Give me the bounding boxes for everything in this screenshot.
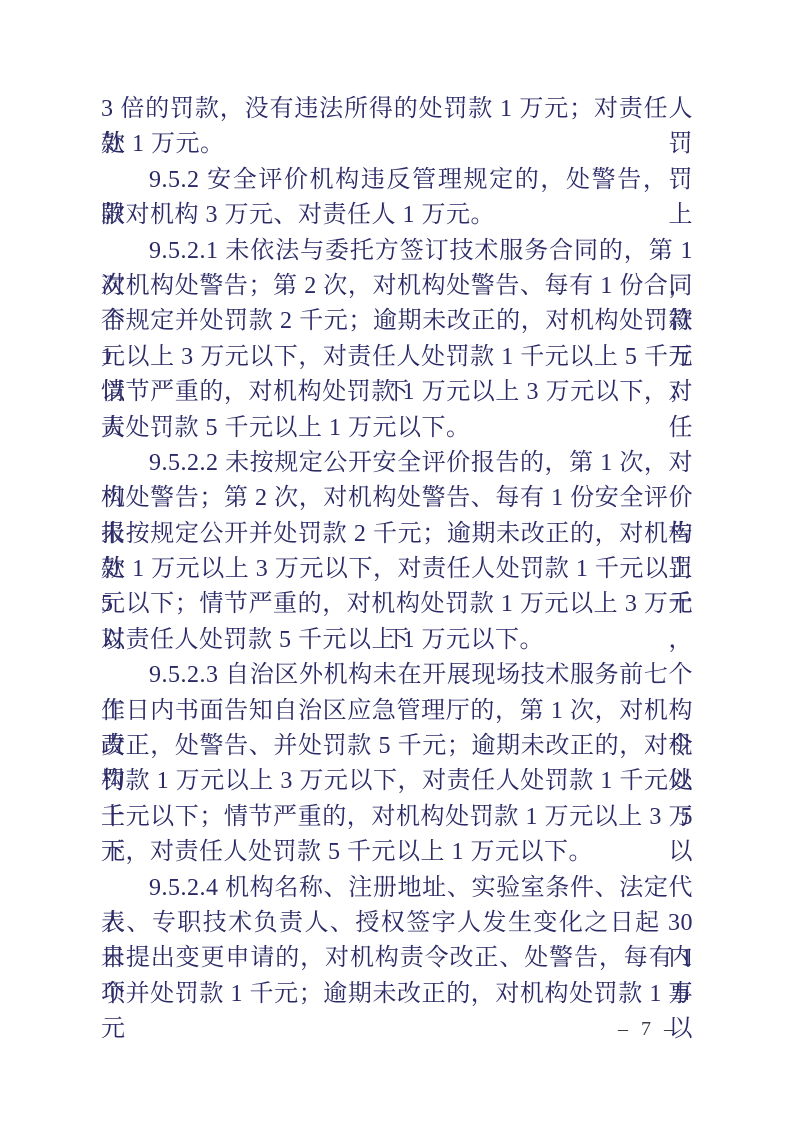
text-line: 9.5.2.3 自治区外机构未在开展现场技术服务前七个工	[101, 658, 693, 693]
text-line: 人、专职技术负责人、授权签字人发生变化之日起 30 日内	[101, 906, 693, 941]
text-line: 作日内书面告知自治区应急管理厅的，第 1 次，对机构责令	[101, 694, 693, 729]
document-page: 3 倍的罚款，没有违法所得的处罚款 1 万元；对责任人处罚款 1 万元。9.5.…	[0, 0, 793, 1122]
text-line: 构处警告；第 2 次，对机构处警告、每有 1 份安全评价报告	[101, 481, 693, 516]
text-line: 情节严重的，对机构处罚款 1 万元以上 3 万元以下，对责任	[101, 375, 693, 410]
text-line: 3 倍的罚款，没有违法所得的处罚款 1 万元；对责任人处罚	[101, 92, 693, 127]
text-line: 9.5.2 安全评价机构违反管理规定的，处警告，罚款上	[101, 163, 693, 198]
text-line: 合规定并处罚款 2 千元；逾期未改正的，对机构处罚款 1 万	[101, 304, 693, 339]
text-line: 项并处罚款 1 千元；逾期未改正的，对机构处罚款 1 万元以	[101, 977, 693, 1012]
document-body: 3 倍的罚款，没有违法所得的处罚款 1 万元；对责任人处罚款 1 万元。9.5.…	[101, 92, 693, 1012]
text-line: 对机构处警告；第 2 次，对机构处警告、每有 1 份合同不符	[101, 269, 693, 304]
text-line: 款 1 万元以上 3 万元以下，对责任人处罚款 1 千元以上 5 千	[101, 552, 693, 587]
text-line: 千元以下；情节严重的，对机构处罚款 1 万元以上 3 万元以	[101, 800, 693, 835]
text-line: 改正，处警告、并处罚款 5 千元；逾期未改正的，对机构处	[101, 729, 693, 764]
text-line: 未提出变更申请的，对机构责令改正、处警告，每有 1 个事	[101, 941, 693, 976]
text-line: 9.5.2.4 机构名称、注册地址、实验室条件、法定代表	[101, 871, 693, 906]
text-line: 元以下；情节严重的，对机构处罚款 1 万元以上 3 万元以下，	[101, 587, 693, 622]
text-line: 未按规定公开并处罚款 2 千元；逾期未改正的，对机构处罚	[101, 517, 693, 552]
text-line: 罚款 1 万元以上 3 万元以下，对责任人处罚款 1 千元以上 5	[101, 764, 693, 799]
page-number: – 7 –	[598, 1018, 698, 1041]
text-line: 元以上 3 万元以下，对责任人处罚款 1 千元以上 5 千元以下；	[101, 340, 693, 375]
text-line: 9.5.2.2 未按规定公开安全评价报告的，第 1 次，对机	[101, 446, 693, 481]
text-line: 9.5.2.1 未依法与委托方签订技术服务合同的，第 1 次，	[101, 234, 693, 269]
